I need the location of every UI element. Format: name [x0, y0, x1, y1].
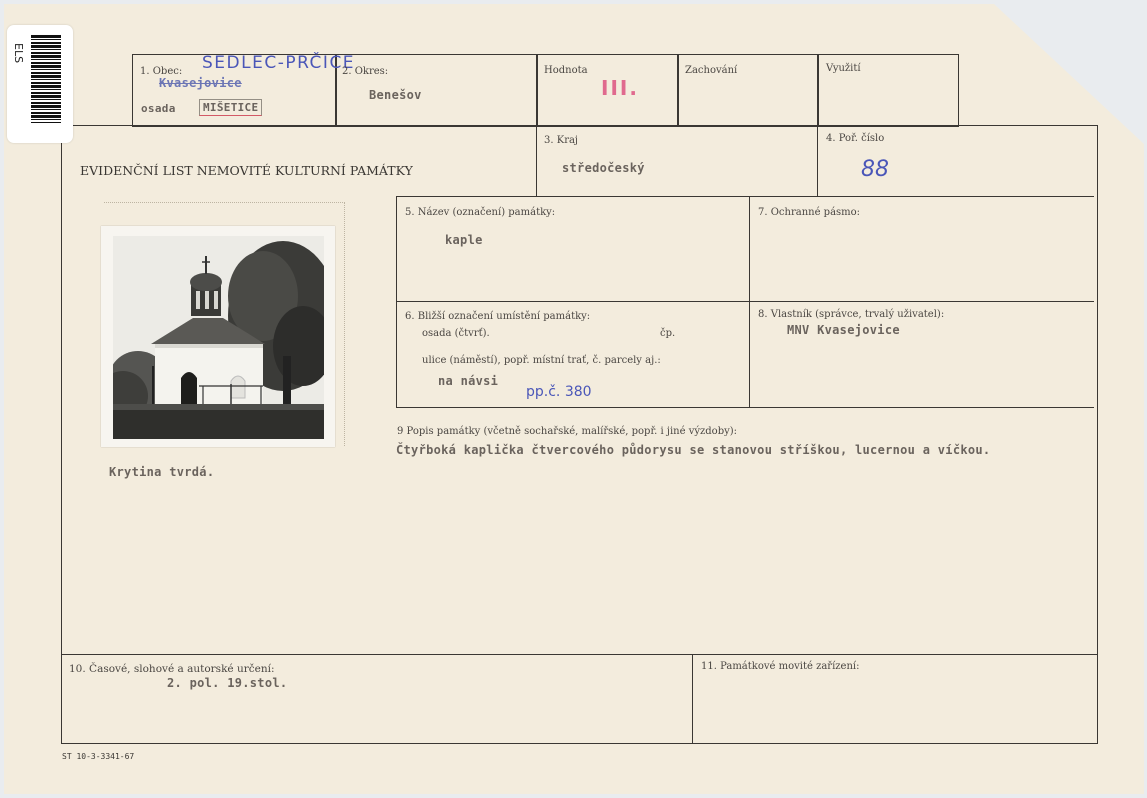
okres-value: Benešov — [369, 88, 422, 102]
por-cislo-label: 4. Poř. číslo — [826, 133, 884, 144]
zachovani-label: Zachování — [685, 65, 737, 76]
record-sheet: 1. Obec: SEDLEC-PRČICE Kvasejovice osada… — [4, 4, 1144, 794]
divider — [396, 196, 1094, 197]
divider — [536, 125, 537, 197]
okres-label: 2. Okres: — [342, 66, 388, 77]
divider — [61, 654, 1098, 655]
vlastnik-label: 8. Vlastník (správce, trvalý uživatel): — [758, 309, 944, 320]
umisteni-label: 6. Bližší označení umístění památky: — [405, 311, 590, 322]
form-title: EVIDENČNÍ LIST NEMOVITÉ KULTURNÍ PAMÁTKY — [80, 163, 413, 178]
divider — [396, 301, 1094, 302]
parcela-handwritten: pp.č. 380 — [526, 384, 592, 400]
sticker-text: ELS — [12, 43, 25, 63]
divider — [749, 196, 750, 408]
umisteni-ulice-value: na návsi — [438, 374, 498, 388]
form-code: ST 10-3-3341-67 — [62, 752, 134, 761]
osada-label: osada — [141, 102, 176, 115]
hodnota-stamp: III. — [601, 76, 639, 100]
por-cislo-value: 88 — [861, 157, 889, 182]
umisteni-osada-label: osada (čtvrť). — [422, 328, 490, 339]
chapel-image-icon — [113, 236, 324, 439]
vyuziti-label: Využití — [826, 63, 861, 74]
ochranne-pasmo-label: 7. Ochranné pásmo: — [758, 207, 860, 218]
movite-zarizeni-label: 11. Památkové movité zařízení: — [701, 661, 859, 672]
obec-handwritten: SEDLEC-PRČICE — [202, 53, 355, 73]
osada-value: MIŠETICE — [199, 99, 262, 116]
monument-photo — [101, 226, 335, 447]
kraj-value: středočeský — [562, 161, 645, 175]
hodnota-label: Hodnota — [544, 65, 588, 76]
divider — [396, 407, 1094, 408]
popis-label: 9 Popis památky (včetně sochařské, malíř… — [397, 426, 737, 437]
kraj-label: 3. Kraj — [544, 135, 578, 146]
photo-caption: Krytina tvrdá. — [109, 465, 214, 479]
box-okres — [335, 54, 538, 127]
nazev-value: kaple — [445, 233, 483, 247]
nazev-label: 5. Název (označení) památky: — [405, 207, 555, 218]
vlastnik-value: MNV Kvasejovice — [787, 323, 900, 337]
umisteni-cp-label: čp. — [660, 328, 675, 339]
obec-typed-struck: Kvasejovice — [159, 76, 242, 90]
barcode-sticker: ELS — [7, 25, 73, 143]
casove-urceni-value: 2. pol. 19.stol. — [167, 676, 287, 690]
chapel-photo-image — [113, 236, 324, 439]
casove-urceni-label: 10. Časové, slohové a autorské určení: — [69, 663, 275, 675]
divider — [692, 654, 693, 744]
divider — [396, 196, 397, 408]
divider — [817, 125, 818, 197]
umisteni-ulice-label: ulice (náměstí), popř. místní trať, č. p… — [422, 355, 661, 366]
popis-value: Čtyřboká kaplička čtvercového půdorysu s… — [396, 443, 990, 457]
barcode-icon — [31, 35, 61, 123]
